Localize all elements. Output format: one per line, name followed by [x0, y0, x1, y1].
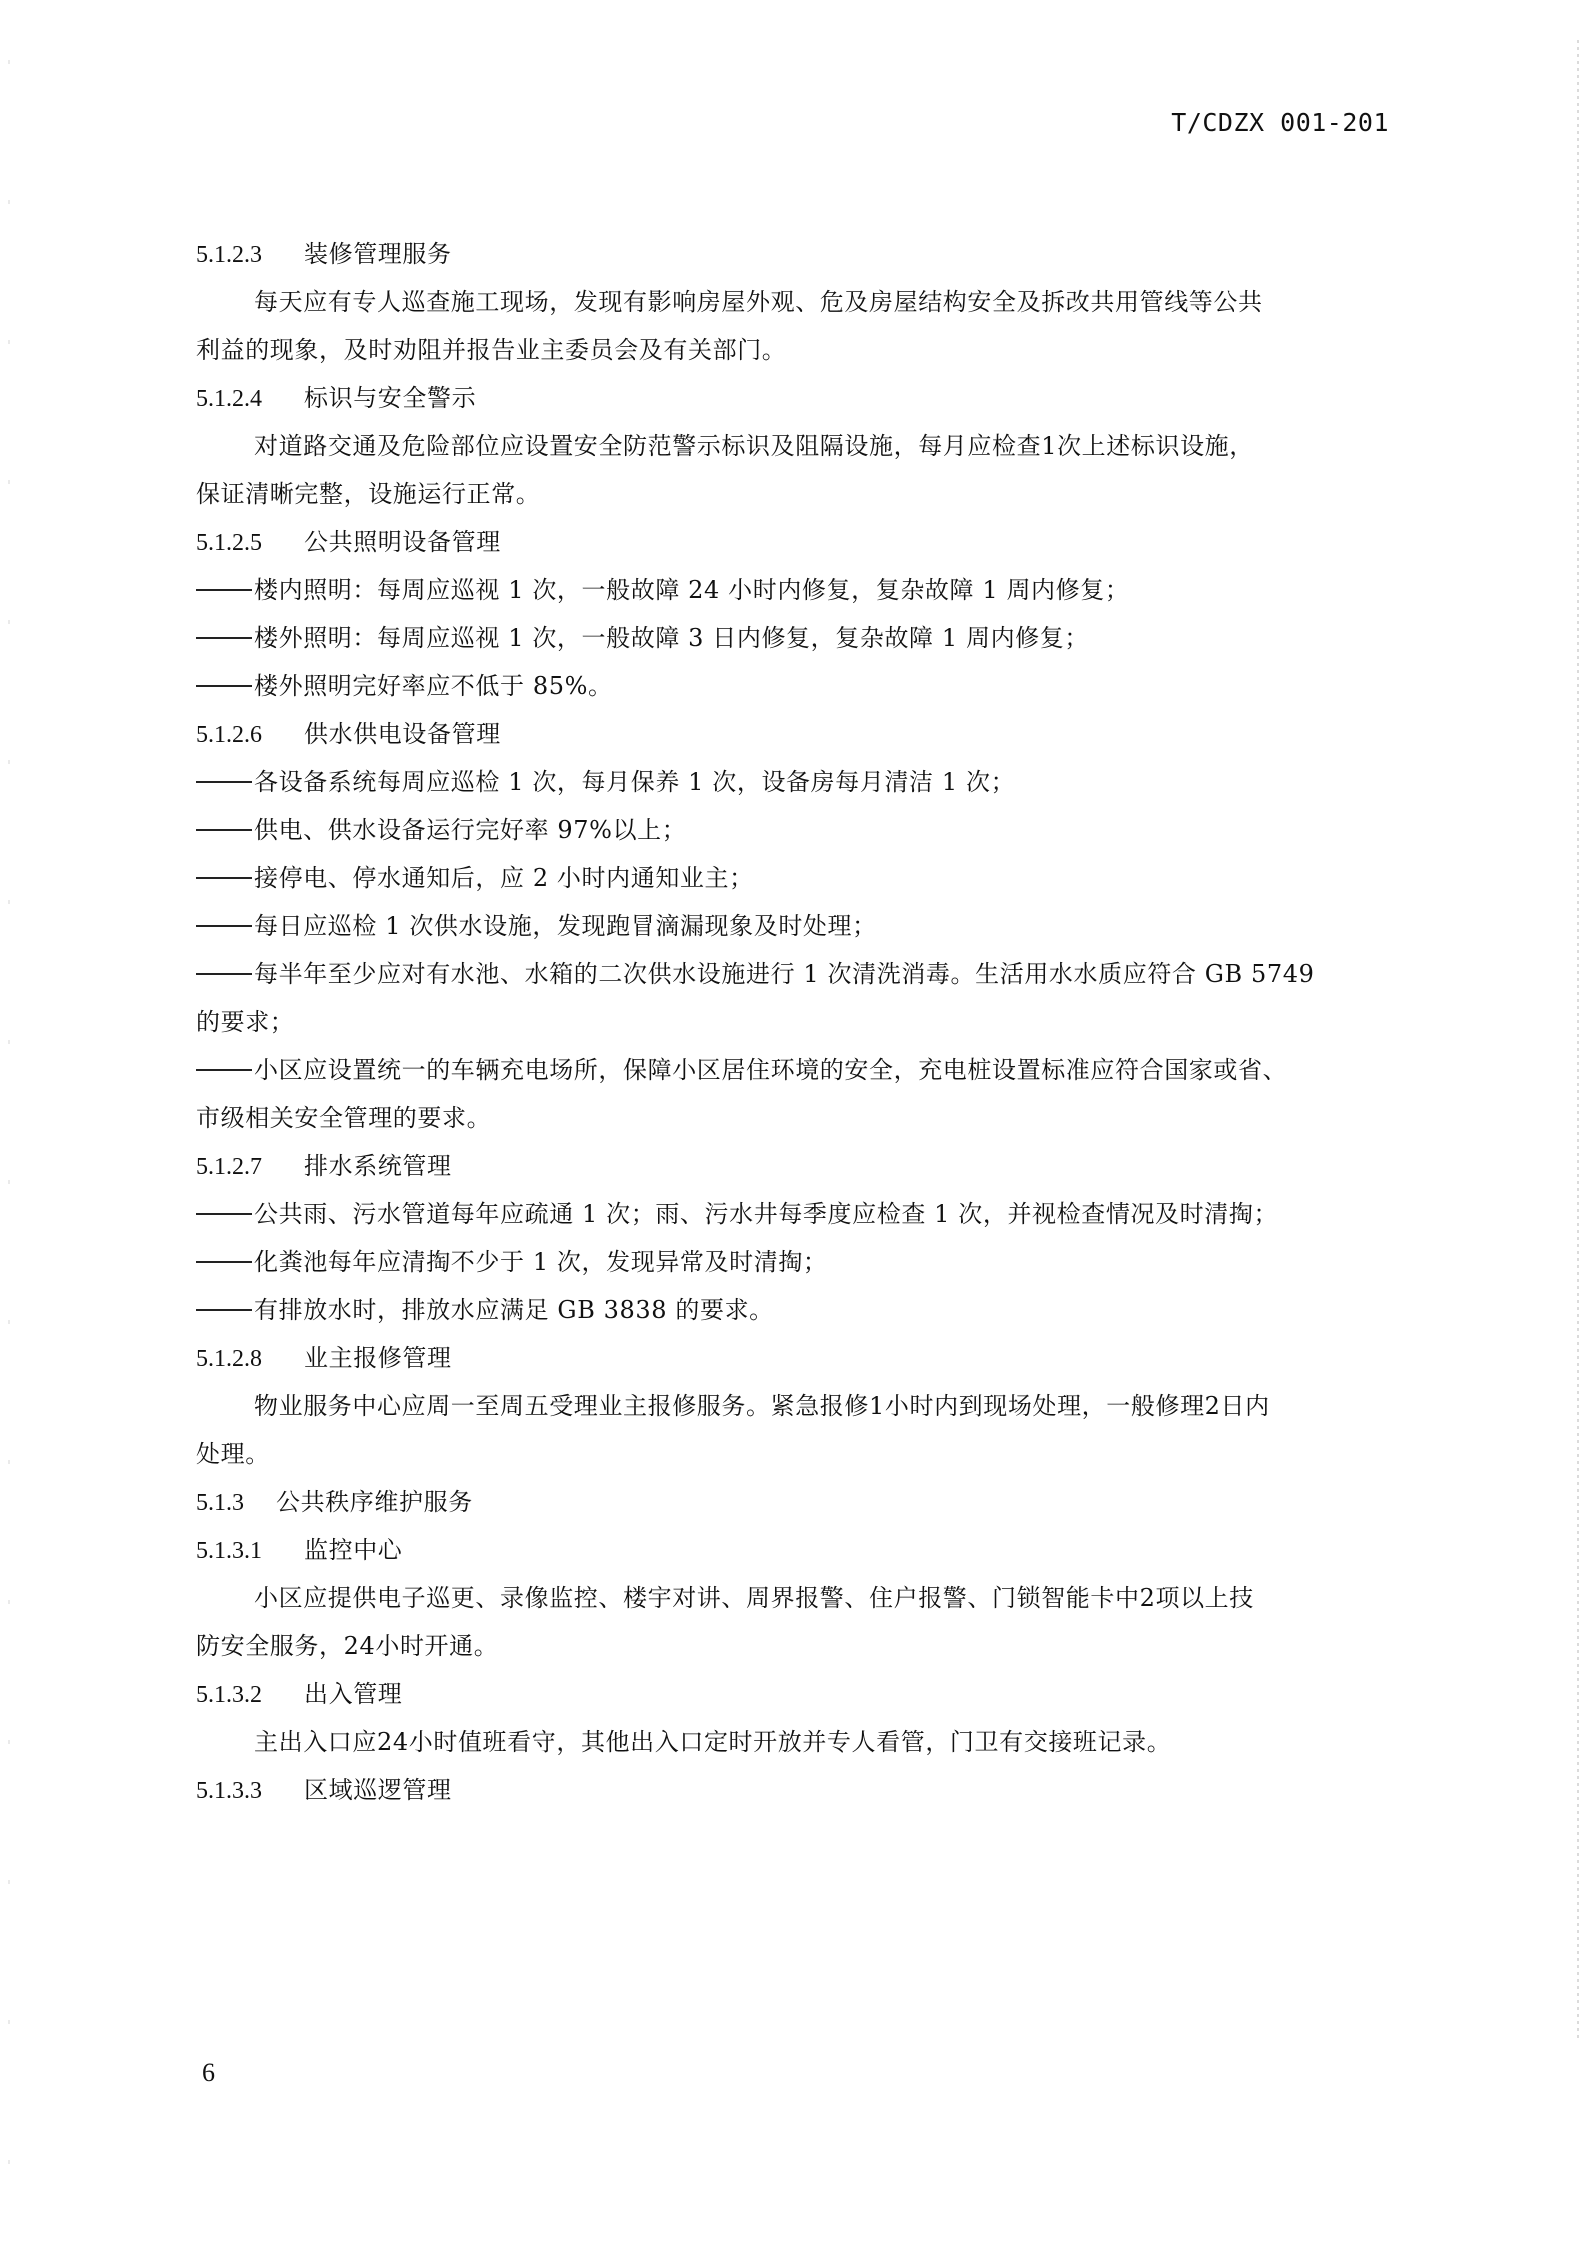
section-heading-5-1-2-7: 5.1.2.7排水系统管理 — [196, 1152, 1396, 1180]
list-item: 公共雨、污水管道每年应疏通 1 次；雨、污水井每季度应检查 1 次，并视检查情况… — [196, 1200, 1396, 1228]
list-item: 楼内照明：每周应巡视 1 次，一般故障 24 小时内修复，复杂故障 1 周内修复… — [196, 576, 1396, 604]
list-item: 化粪池每年应清掏不少于 1 次，发现异常及时清掏； — [196, 1248, 1396, 1276]
section-title: 监控中心 — [304, 1536, 402, 1564]
section-heading-5-1-2-6: 5.1.2.6供水供电设备管理 — [196, 720, 1396, 748]
list-item-continuation: 市级相关安全管理的要求。 — [196, 1104, 1396, 1132]
section-title: 出入管理 — [304, 1680, 402, 1708]
list-item: 接停电、停水通知后，应 2 小时内通知业主； — [196, 864, 1396, 892]
paragraph-line: 处理。 — [196, 1440, 1396, 1468]
list-item-text: 每半年至少应对有水池、水箱的二次供水设施进行 1 次清洗消毒。生活用水水质应符合… — [254, 960, 1314, 988]
dash-marker — [196, 637, 252, 639]
dash-marker — [196, 1213, 252, 1215]
section-heading-5-1-3: 5.1.3公共秩序维护服务 — [196, 1488, 1396, 1516]
list-item: 楼外照明完好率应不低于 85%。 — [196, 672, 1396, 700]
list-item-text: 接停电、停水通知后，应 2 小时内通知业主； — [254, 864, 754, 892]
list-item-text: 化粪池每年应清掏不少于 1 次，发现异常及时清掏； — [254, 1248, 828, 1276]
dash-marker — [196, 781, 252, 783]
section-title: 业主报修管理 — [304, 1344, 452, 1372]
dash-marker — [196, 925, 252, 927]
list-item: 有排放水时，排放水应满足 GB 3838 的要求。 — [196, 1296, 1396, 1324]
dash-marker — [196, 829, 252, 831]
section-heading-5-1-2-5: 5.1.2.5公共照明设备管理 — [196, 528, 1396, 556]
list-item-text: 小区应设置统一的车辆充电场所，保障小区居住环境的安全，充电桩设置标准应符合国家或… — [254, 1056, 1287, 1084]
dash-marker — [196, 1309, 252, 1311]
document-code: T/CDZX 001-201 — [1171, 108, 1389, 137]
list-item-text: 楼内照明：每周应巡视 1 次，一般故障 24 小时内修复，复杂故障 1 周内修复… — [254, 576, 1129, 604]
section-number: 5.1.2.4 — [196, 385, 304, 413]
section-number: 5.1.2.7 — [196, 1153, 304, 1181]
section-title: 排水系统管理 — [304, 1152, 452, 1180]
list-item: 楼外照明：每周应巡视 1 次，一般故障 3 日内修复，复杂故障 1 周内修复； — [196, 624, 1396, 652]
dash-marker — [196, 1261, 252, 1263]
section-heading-5-1-3-2: 5.1.3.2出入管理 — [196, 1680, 1396, 1708]
section-number: 5.1.2.6 — [196, 721, 304, 749]
list-item-text: 楼外照明完好率应不低于 85%。 — [254, 672, 613, 700]
list-item-text: 每日应巡检 1 次供水设施，发现跑冒滴漏现象及时处理； — [254, 912, 877, 940]
section-number: 5.1.3 — [196, 1489, 276, 1517]
list-item-continuation: 的要求； — [196, 1008, 1396, 1036]
list-item: 每日应巡检 1 次供水设施，发现跑冒滴漏现象及时处理； — [196, 912, 1396, 940]
section-number: 5.1.2.5 — [196, 529, 304, 557]
paragraph-line: 主出入口应24小时值班看守，其他出入口定时开放并专人看管，门卫有交接班记录。 — [196, 1728, 1396, 1756]
section-number: 5.1.2.3 — [196, 241, 304, 269]
dash-marker — [196, 1069, 252, 1071]
list-item: 每半年至少应对有水池、水箱的二次供水设施进行 1 次清洗消毒。生活用水水质应符合… — [196, 960, 1396, 988]
paragraph-line: 利益的现象，及时劝阻并报告业主委员会及有关部门。 — [196, 336, 1396, 364]
list-item-text: 公共雨、污水管道每年应疏通 1 次；雨、污水井每季度应检查 1 次，并视检查情况… — [254, 1200, 1278, 1228]
dash-marker — [196, 877, 252, 879]
list-item-text: 楼外照明：每周应巡视 1 次，一般故障 3 日内修复，复杂故障 1 周内修复； — [254, 624, 1089, 652]
section-heading-5-1-3-3: 5.1.3.3区域巡逻管理 — [196, 1776, 1396, 1804]
dash-marker — [196, 589, 252, 591]
section-number: 5.1.3.2 — [196, 1681, 304, 1709]
section-number: 5.1.2.8 — [196, 1345, 304, 1373]
section-title: 区域巡逻管理 — [304, 1776, 452, 1804]
document-body: 5.1.2.3装修管理服务 每天应有专人巡查施工现场，发现有影响房屋外观、危及房… — [196, 240, 1396, 1824]
section-number: 5.1.3.3 — [196, 1777, 304, 1805]
paragraph-line: 物业服务中心应周一至周五受理业主报修服务。紧急报修1小时内到现场处理，一般修理2… — [196, 1392, 1396, 1420]
list-item: 各设备系统每周应巡检 1 次，每月保养 1 次，设备房每月清洁 1 次； — [196, 768, 1396, 796]
section-title: 标识与安全警示 — [304, 384, 476, 412]
section-title: 公共照明设备管理 — [304, 528, 501, 556]
scan-edge-right — [1577, 40, 1579, 2040]
list-item-text: 供电、供水设备运行完好率 97%以上； — [254, 816, 686, 844]
paragraph-line: 每天应有专人巡查施工现场，发现有影响房屋外观、危及房屋结构安全及拆改共用管线等公… — [196, 288, 1396, 316]
list-item-text: 有排放水时，排放水应满足 GB 3838 的要求。 — [254, 1296, 774, 1324]
list-item-text: 各设备系统每周应巡检 1 次，每月保养 1 次，设备房每月清洁 1 次； — [254, 768, 1015, 796]
scan-edge-left — [8, 0, 10, 2245]
list-item: 供电、供水设备运行完好率 97%以上； — [196, 816, 1396, 844]
paragraph-line: 防安全服务，24小时开通。 — [196, 1632, 1396, 1660]
section-title: 装修管理服务 — [304, 240, 452, 268]
section-title: 供水供电设备管理 — [304, 720, 501, 748]
dash-marker — [196, 685, 252, 687]
paragraph-line: 对道路交通及危险部位应设置安全防范警示标识及阻隔设施，每月应检查1次上述标识设施… — [196, 432, 1396, 460]
list-item: 小区应设置统一的车辆充电场所，保障小区居住环境的安全，充电桩设置标准应符合国家或… — [196, 1056, 1396, 1084]
section-heading-5-1-2-8: 5.1.2.8业主报修管理 — [196, 1344, 1396, 1372]
section-number: 5.1.3.1 — [196, 1537, 304, 1565]
section-heading-5-1-2-4: 5.1.2.4标识与安全警示 — [196, 384, 1396, 412]
section-title: 公共秩序维护服务 — [276, 1488, 473, 1516]
section-heading-5-1-3-1: 5.1.3.1监控中心 — [196, 1536, 1396, 1564]
paragraph-line: 小区应提供电子巡更、录像监控、楼宇对讲、周界报警、住户报警、门锁智能卡中2项以上… — [196, 1584, 1396, 1612]
dash-marker — [196, 973, 252, 975]
page-number: 6 — [202, 2058, 215, 2088]
paragraph-line: 保证清晰完整，设施运行正常。 — [196, 480, 1396, 508]
section-heading-5-1-2-3: 5.1.2.3装修管理服务 — [196, 240, 1396, 268]
